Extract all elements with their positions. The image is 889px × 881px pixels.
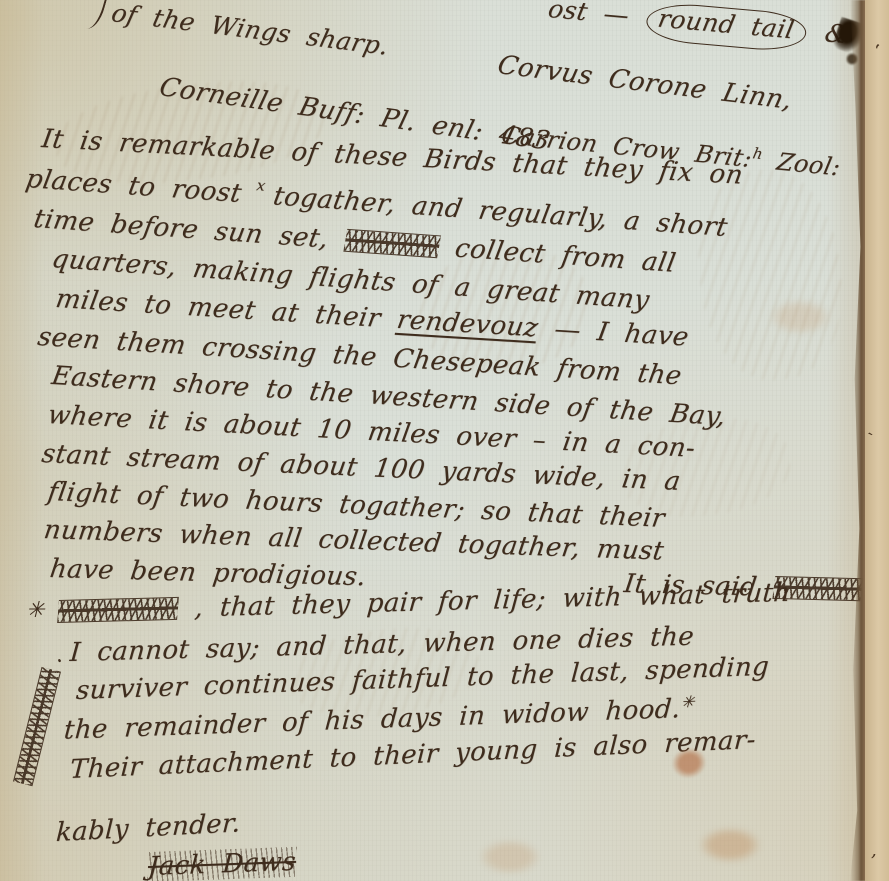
insertion-caret: x [255,176,267,194]
crossed-out-heading: Jack Daws [147,847,297,881]
header-fragment-left: of the Wings sharp. [109,0,392,61]
margin-footnote-mark: ✳ [26,598,44,623]
manuscript-line: kably tender. [55,808,241,848]
ink-bleed-through [688,162,853,387]
latin-species-name: Corvus Corone Linn, [495,50,796,115]
margin-note: . [11,614,77,787]
manuscript-line: Jack Daws [147,847,297,881]
ampersand-mark: & [822,18,850,49]
pen-flourish [81,0,107,32]
ink-mark: ` [864,429,882,452]
header-fragment-right: ost — round tail & [544,0,851,57]
underlined-word: rendevouz [395,305,541,343]
next-page-strip: ‛ ` , [865,0,889,881]
ink-mark: ‛ [865,41,883,61]
scribbled-out-word [13,667,61,786]
circled-annotation: round tail [643,1,810,53]
faint-stain [700,828,760,862]
footnote-mark: ✳ [680,692,695,712]
faint-stain [480,840,540,874]
header-fragment-right-text: ost — [546,0,632,30]
manuscript-page: of the Wings sharp. ost — round tail & C… [0,0,889,881]
ink-mark: , [871,840,877,861]
scribbled-out-word [343,229,441,259]
faint-stain [770,300,830,334]
